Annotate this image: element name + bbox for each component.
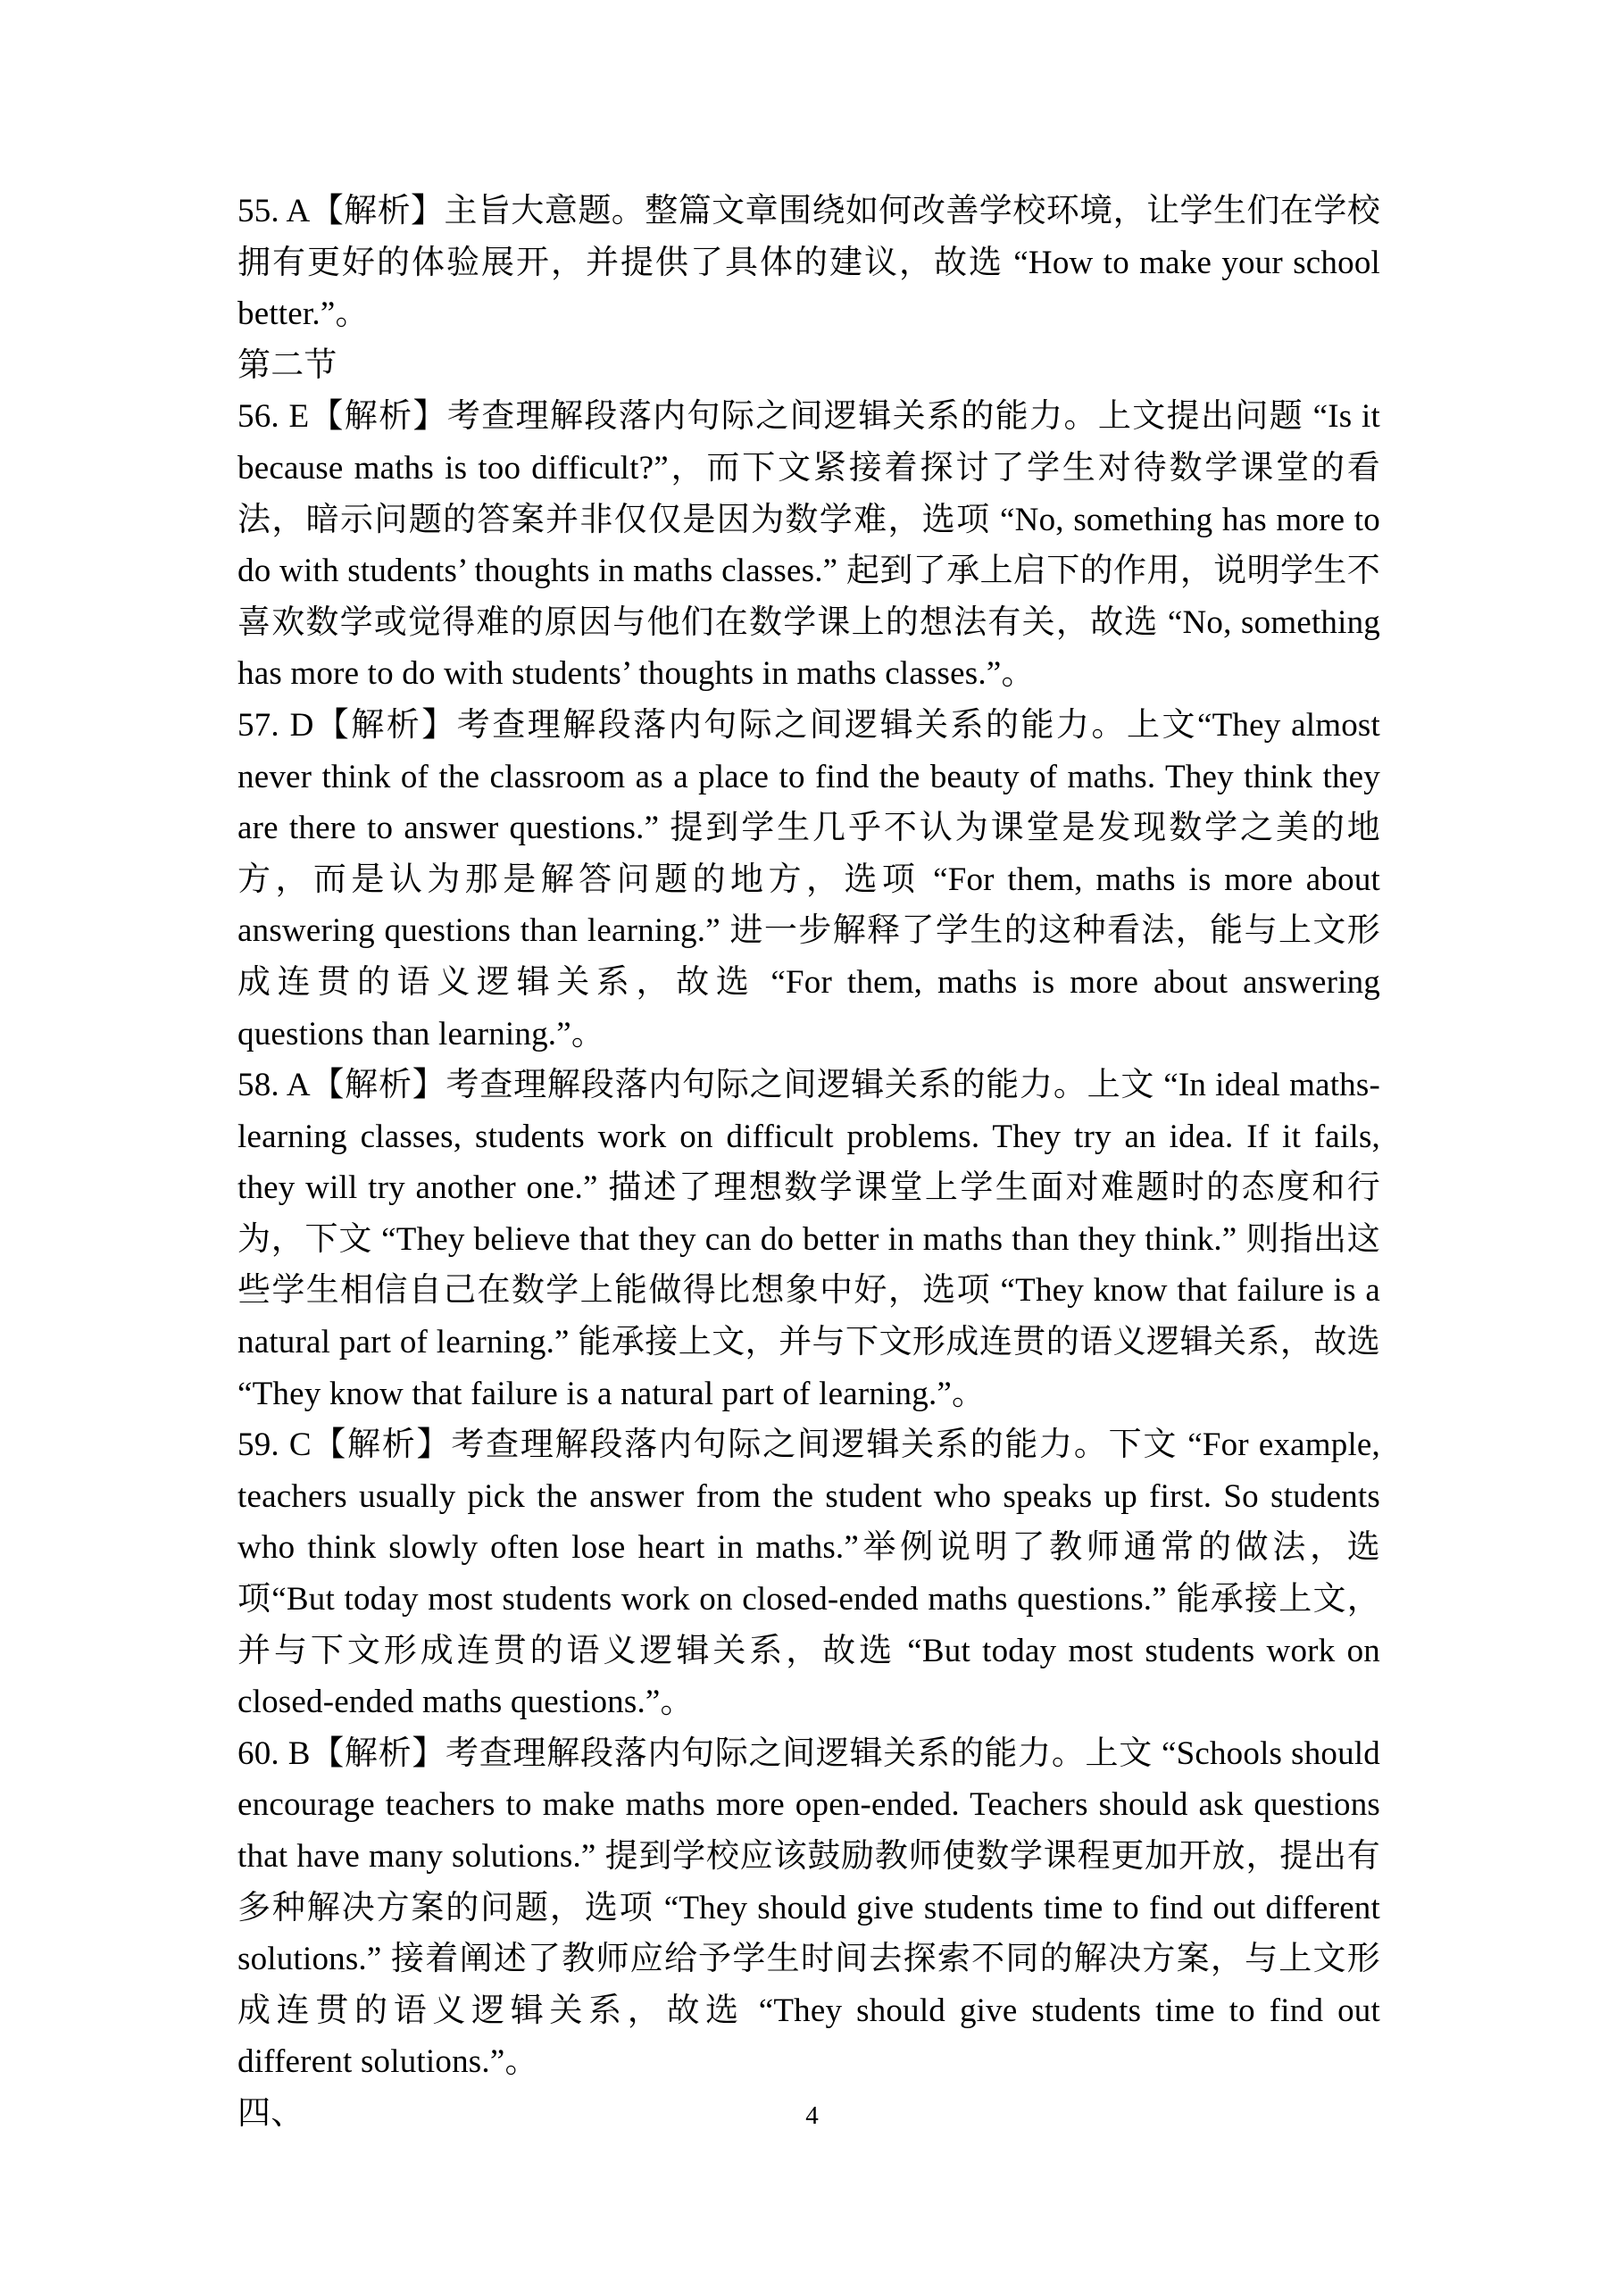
answer-item-56: 56. E【解析】考查理解段落内句际之间逻辑关系的能力。上文提出问题 “Is i… (237, 391, 1380, 700)
answer-item-59: 59. C【解析】考查理解段落内句际之间逻辑关系的能力。下文 “For exam… (237, 1419, 1380, 1728)
document-page: 55. A【解析】主旨大意题。整篇文章围绕如何改善学校环境，让学生们在学校拥有更… (0, 0, 1624, 2296)
answer-key-body: 55. A【解析】主旨大意题。整篇文章围绕如何改善学校环境，让学生们在学校拥有更… (237, 186, 1380, 2140)
section-heading-2: 第二节 (237, 340, 1380, 392)
answer-item-57: 57. D【解析】考查理解段落内句际之间逻辑关系的能力。上文“They almo… (237, 700, 1380, 1060)
answer-item-60: 60. B【解析】考查理解段落内句际之间逻辑关系的能力。上文 “Schools … (237, 1728, 1380, 2088)
answer-item-55: 55. A【解析】主旨大意题。整篇文章围绕如何改善学校环境，让学生们在学校拥有更… (237, 186, 1380, 340)
answer-item-58: 58. A【解析】考查理解段落内句际之间逻辑关系的能力。上文 “In ideal… (237, 1060, 1380, 1419)
page-number: 4 (0, 2100, 1624, 2132)
